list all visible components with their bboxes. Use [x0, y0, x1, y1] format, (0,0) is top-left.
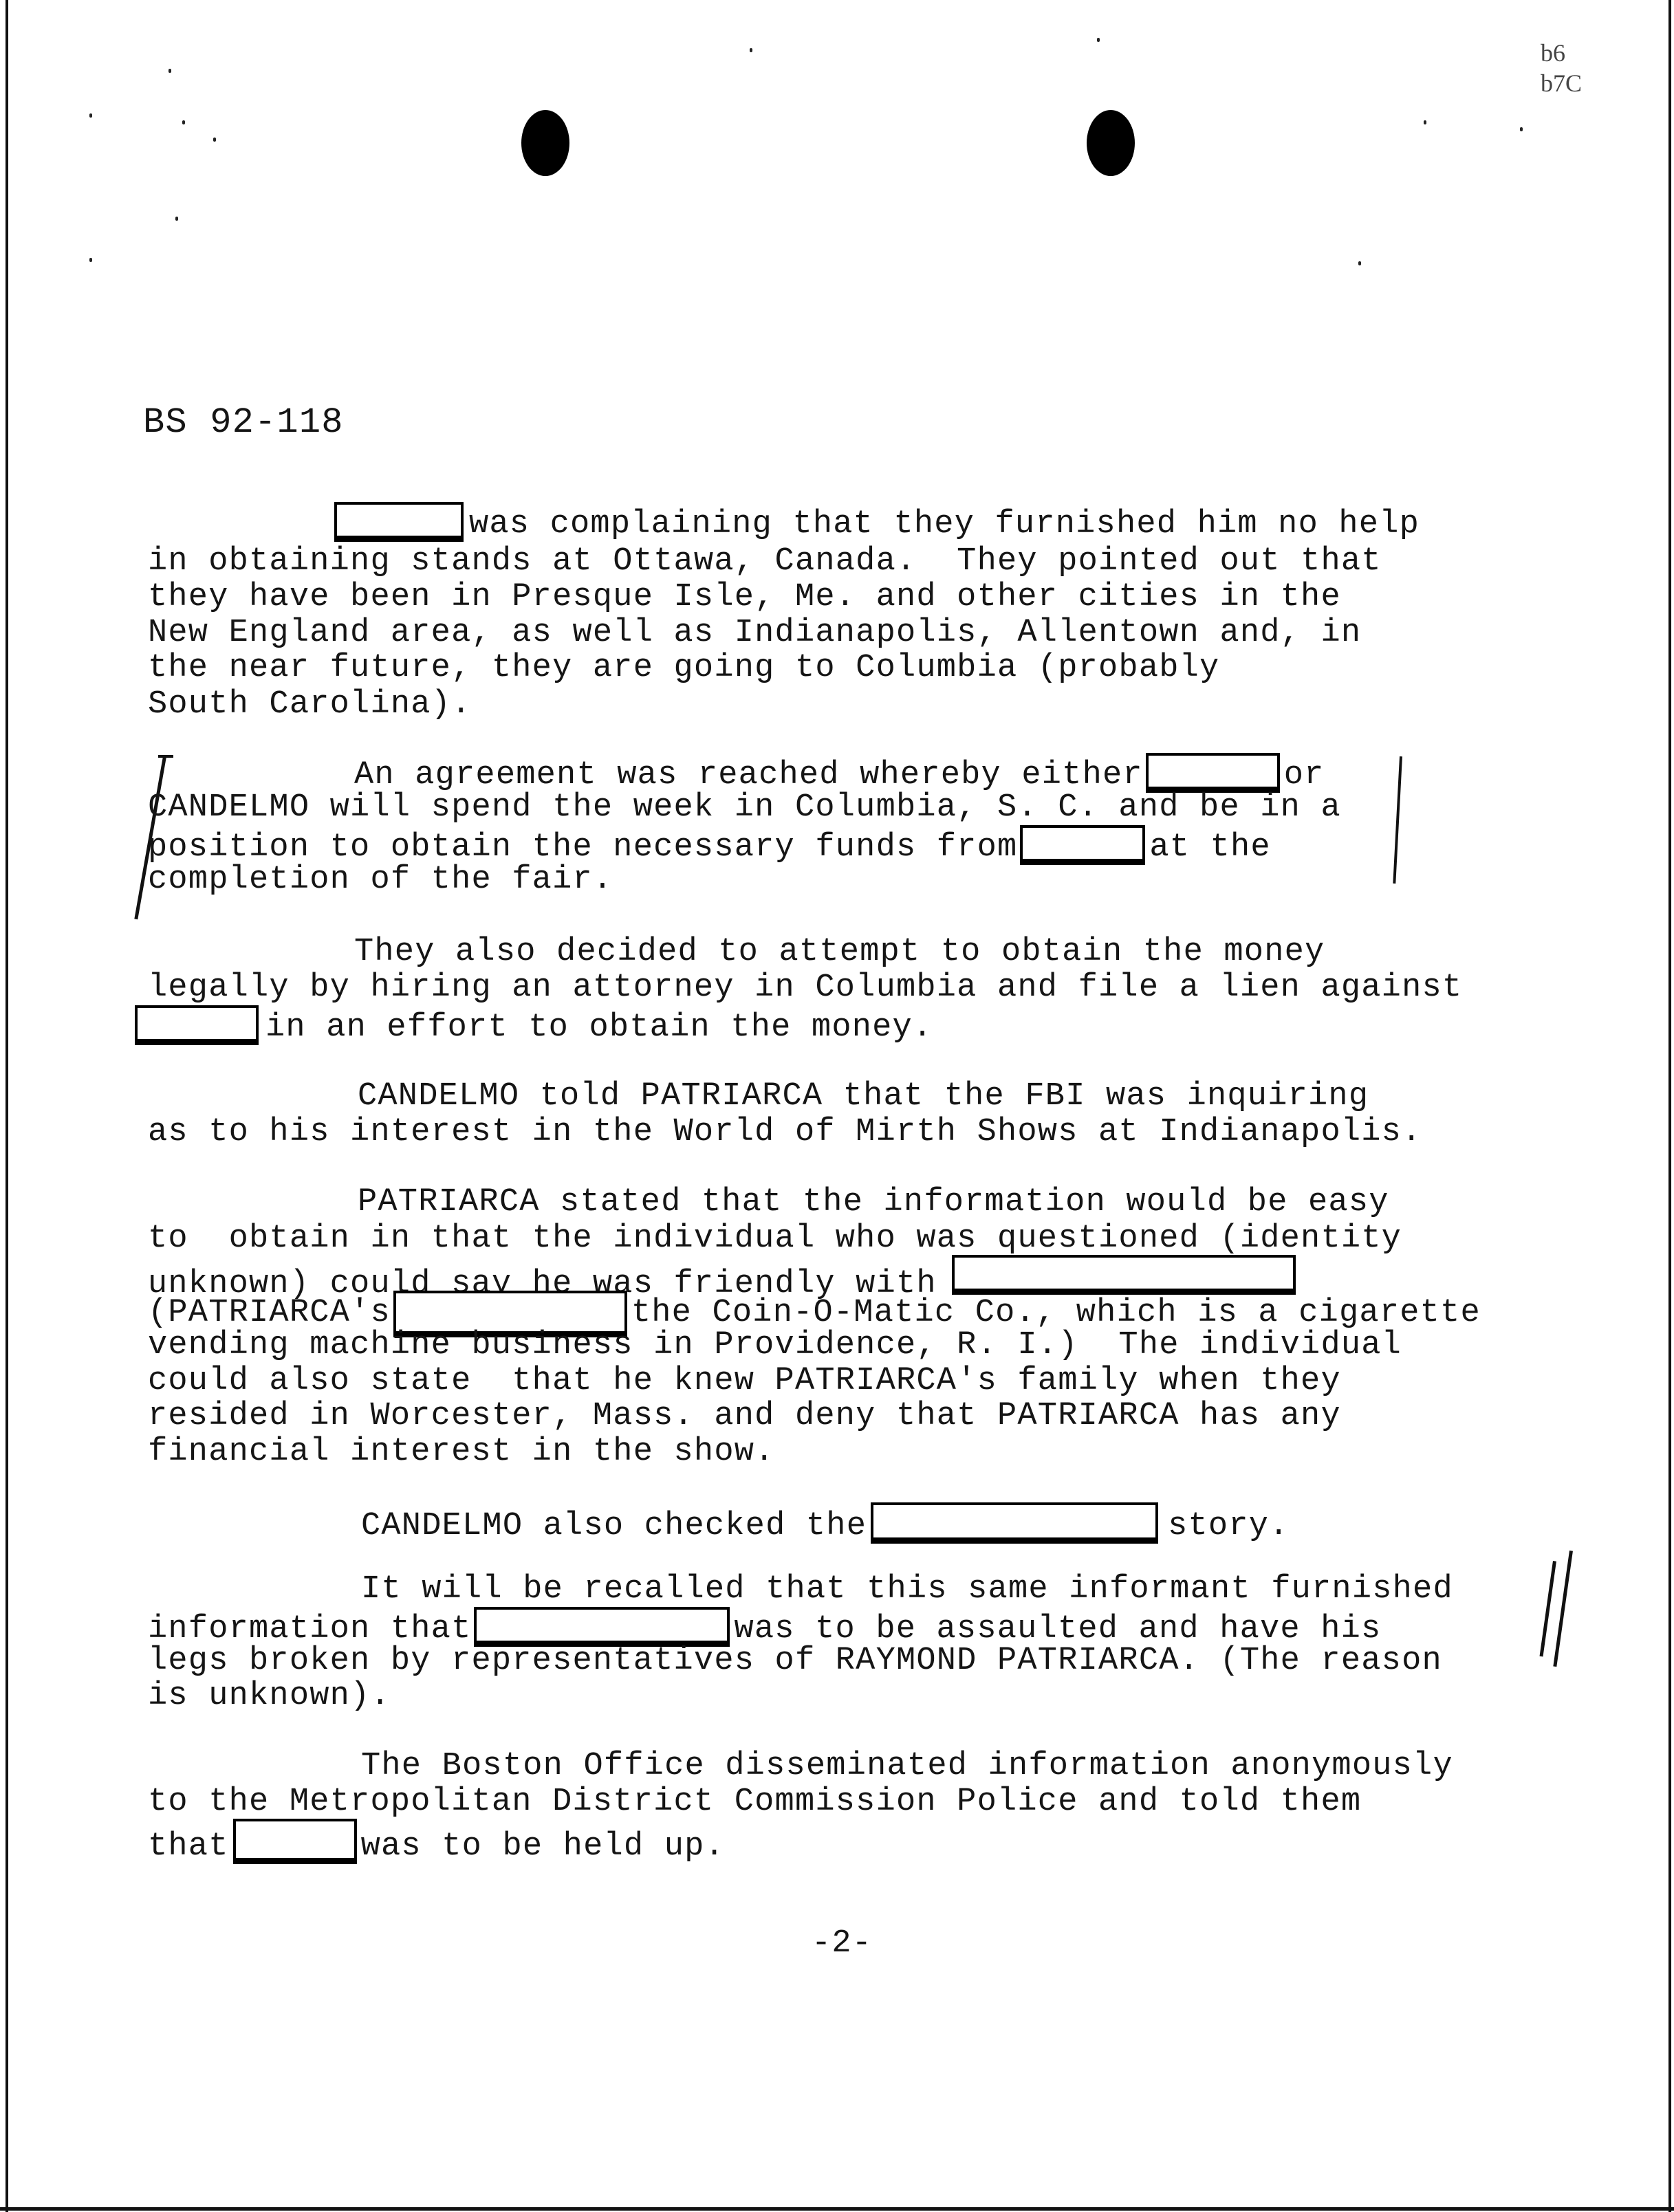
punch-hole-icon [521, 110, 569, 176]
scan-speck [750, 48, 752, 52]
p8-line3: thatwas to be held up. [148, 1819, 725, 1865]
p1-line1: was complaining that they furnished him … [334, 502, 1420, 543]
margin-mark-double-line [1540, 1561, 1556, 1656]
redaction-box [1146, 753, 1280, 793]
p5-line1: PATRIARCA stated that the information wo… [358, 1184, 1389, 1220]
p4-line2: as to his interest in the World of Mirth… [148, 1114, 1422, 1150]
p1-line4: New England area, as well as Indianapoli… [148, 615, 1361, 651]
scan-speck [1424, 120, 1426, 124]
scan-speck [213, 138, 216, 142]
margin-mark-double-line [1553, 1551, 1573, 1667]
exemption-code-b7c: b7C [1541, 68, 1582, 98]
punch-hole-icon [1087, 110, 1135, 176]
page-edge-right [1668, 0, 1671, 2212]
scan-speck [1358, 261, 1361, 265]
page-edge-bottom [0, 2207, 1674, 2211]
document-page: b6 b7C BS 92-118 was complaining that th… [0, 0, 1674, 2212]
scan-speck [1097, 38, 1100, 42]
p3-line3: in an effort to obtain the money. [135, 1005, 933, 1046]
p1-line2: in obtaining stands at Ottawa, Canada. T… [148, 543, 1382, 580]
scan-speck [175, 217, 178, 221]
redaction-box [334, 502, 464, 542]
scan-speck [1520, 127, 1523, 131]
p5-line6: could also state that he knew PATRIARCA'… [148, 1363, 1341, 1399]
redaction-box [135, 1005, 259, 1045]
p2-line4: completion of the fair. [148, 862, 613, 898]
page-edge-left [6, 0, 8, 2212]
p7-line2: information thatwas to be assaulted and … [148, 1607, 1381, 1647]
p4-line1: CANDELMO told PATRIARCA that the FBI was… [358, 1078, 1369, 1115]
redaction-box [1020, 825, 1145, 865]
p5-line8: financial interest in the show. [148, 1434, 775, 1470]
p5-line7: resided in Worcester, Mass. and deny tha… [148, 1398, 1341, 1434]
margin-bracket-right [1393, 756, 1402, 884]
p2-line2: CANDELMO will spend the week in Columbia… [148, 789, 1341, 826]
redaction-box [871, 1502, 1158, 1544]
scan-speck [89, 113, 92, 118]
p5-line2: to obtain in that the individual who was… [148, 1220, 1402, 1257]
p1-line5: the near future, they are going to Colum… [148, 650, 1219, 686]
p7-line3: legs broken by representatives of RAYMON… [148, 1643, 1442, 1679]
scan-speck [182, 120, 185, 124]
scan-speck [169, 69, 171, 73]
p3-line2: legally by hiring an attorney in Columbi… [148, 970, 1462, 1006]
margin-bracket-left-hook [158, 755, 173, 758]
p1-line3: they have been in Presque Isle, Me. and … [148, 579, 1341, 615]
redaction-box [474, 1607, 730, 1647]
p6-line1: CANDELMO also checked thestory. [361, 1502, 1290, 1544]
scan-speck [89, 258, 92, 262]
p2-line3: position to obtain the necessary funds f… [148, 825, 1271, 866]
p7-line1: It will be recalled that this same infor… [361, 1571, 1453, 1608]
p7-line4: is unknown). [148, 1678, 391, 1714]
redaction-box [952, 1255, 1296, 1295]
p5-line5: vending machine business in Providence, … [148, 1327, 1402, 1364]
file-number: BS 92-118 [143, 402, 344, 443]
p8-line2: to the Metropolitan District Commission … [148, 1784, 1361, 1820]
page-number: -2- [812, 1925, 872, 1962]
redaction-box [233, 1819, 357, 1864]
p8-line1: The Boston Office disseminated informati… [361, 1748, 1453, 1784]
exemption-codes: b6 b7C [1541, 38, 1582, 98]
p1-line6: South Carolina). [148, 686, 471, 723]
exemption-code-b6: b6 [1541, 38, 1582, 68]
p2-line1: An agreement was reached whereby eithero… [354, 753, 1325, 793]
p3-line1: They also decided to attempt to obtain t… [354, 934, 1325, 970]
